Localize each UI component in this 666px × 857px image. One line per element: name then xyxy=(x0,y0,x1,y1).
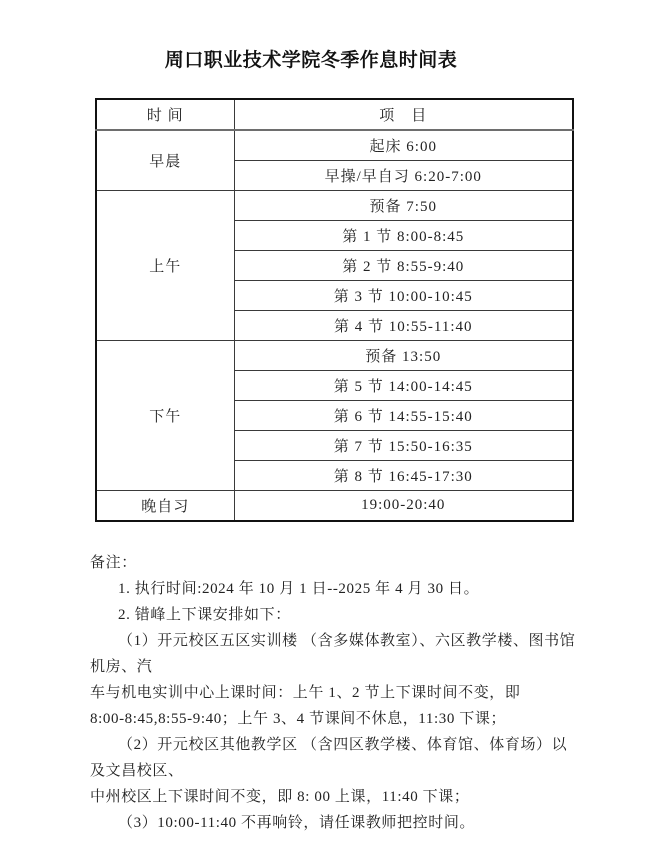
item-cell: 第 7 节 15:50-16:35 xyxy=(234,431,573,461)
note-line: （2）开元校区其他教学区 （含四区教学楼、体育馆、体育场）以及文昌校区、 xyxy=(90,732,582,784)
item-cell: 第 8 节 16:45-17:30 xyxy=(234,461,573,491)
period-cell-evening: 晚自习 xyxy=(96,491,234,522)
table-row: 早晨 起床 6:00 xyxy=(96,130,573,161)
item-cell: 第 1 节 8:00-8:45 xyxy=(234,221,573,251)
schedule-table: 时 间 项 目 早晨 起床 6:00 早操/早自习 6:20-7:00 上午 预… xyxy=(95,98,574,522)
period-cell-afternoon: 下午 xyxy=(96,341,234,491)
note-line: 中州校区上下课时间不变，即 8: 00 上课，11:40 下课； xyxy=(90,784,582,810)
note-line: （3）10:00-11:40 不再响铃，请任课教师把控时间。 xyxy=(90,810,582,836)
table-header-row: 时 间 项 目 xyxy=(96,99,573,130)
item-cell: 预备 7:50 xyxy=(234,191,573,221)
period-cell-morning: 早晨 xyxy=(96,130,234,191)
notes-section: 备注： 1. 执行时间:2024 年 10 月 1 日--2025 年 4 月 … xyxy=(90,550,582,836)
item-cell: 起床 6:00 xyxy=(234,130,573,161)
header-time-cell: 时 间 xyxy=(96,99,234,130)
item-cell: 第 4 节 10:55-11:40 xyxy=(234,311,573,341)
note-line: 1. 执行时间:2024 年 10 月 1 日--2025 年 4 月 30 日… xyxy=(90,576,582,602)
item-cell: 早操/早自习 6:20-7:00 xyxy=(234,161,573,191)
item-cell: 预备 13:50 xyxy=(234,341,573,371)
item-cell: 19:00-20:40 xyxy=(234,491,573,522)
table-row: 上午 预备 7:50 xyxy=(96,191,573,221)
page-title: 周口职业技术学院冬季作息时间表 xyxy=(0,0,622,72)
notes-label: 备注： xyxy=(90,550,582,576)
table-row: 下午 预备 13:50 xyxy=(96,341,573,371)
period-cell-forenoon: 上午 xyxy=(96,191,234,341)
item-cell: 第 2 节 8:55-9:40 xyxy=(234,251,573,281)
header-item-cell: 项 目 xyxy=(234,99,573,130)
item-cell: 第 3 节 10:00-10:45 xyxy=(234,281,573,311)
note-line: （1）开元校区五区实训楼 （含多媒体教室）、六区教学楼、图书馆机房、汽 xyxy=(90,628,582,680)
item-cell: 第 5 节 14:00-14:45 xyxy=(234,371,573,401)
table-row: 晚自习 19:00-20:40 xyxy=(96,491,573,522)
document-page: 周口职业技术学院冬季作息时间表 时 间 项 目 早晨 起床 6:00 早操/早自… xyxy=(0,0,666,857)
item-cell: 第 6 节 14:55-15:40 xyxy=(234,401,573,431)
note-line: 2. 错峰上下课安排如下： xyxy=(90,602,582,628)
note-line: 车与机电实训中心上课时间：上午 1、2 节上下课时间不变，即 xyxy=(90,680,582,706)
note-line: 8:00-8:45,8:55-9:40；上午 3、4 节课间不休息，11:30 … xyxy=(90,706,582,732)
